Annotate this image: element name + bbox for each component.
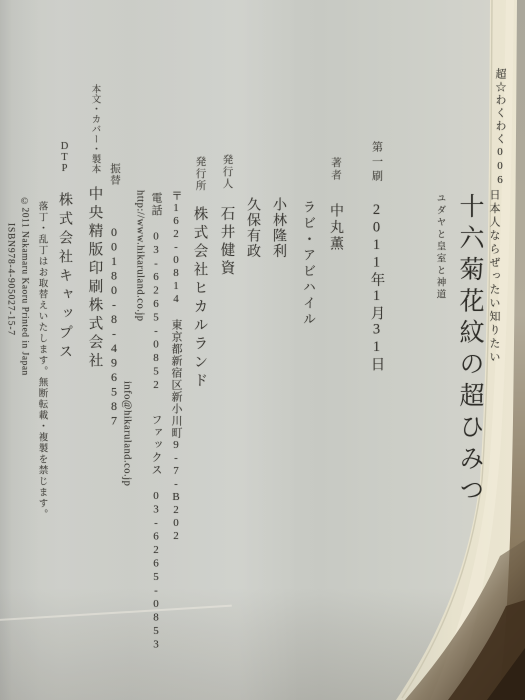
book-title: 十六菊花紋の超ひみつ	[457, 193, 482, 508]
issuer-label: 発行人	[222, 154, 233, 190]
disclaimer-text: 落丁・乱丁はお取替えいたします。無断転載・複製を禁じます。	[36, 201, 46, 520]
dtp-column: DTP 株式会社キャップス	[57, 141, 71, 363]
author-name-2: ラビ・アビハイル	[302, 200, 315, 328]
publisher-name: 株式会社ヒカルランド	[192, 206, 208, 391]
copyright-text: ©2011 Nakamaru Kaoru Printed in Japan	[19, 197, 29, 376]
isbn-text: ISBN978-4-905027-15-7	[5, 223, 15, 336]
issuer-name: 石井健資	[219, 206, 235, 278]
issuer-column: 発行人 石井健資	[219, 154, 234, 278]
author-name-4: 久保有政	[245, 197, 259, 259]
fax-number: ファックス 03-6265-0853	[150, 414, 162, 652]
edition-label: 第一刷	[371, 141, 383, 185]
phone-fax-column: 電話 03-6265-0852 ファックス 03-6265-0853	[150, 192, 161, 652]
printing-company: 中央精版印刷株式会社	[87, 186, 103, 371]
postal-transfer-column: 振替 00180-8-496587	[108, 163, 120, 428]
phone-number: 電話 03-6265-0852	[150, 192, 162, 393]
author-name-1: 中丸薫	[328, 203, 343, 253]
printing-column: 本文・カバー・製本 中央精版印刷株式会社	[87, 84, 102, 371]
book-tagline: 日本人ならぜったい知りたい	[488, 189, 499, 365]
colophon-text: 超☆わくわく006 日本人ならぜったい知りたい 十六菊花紋の超ひみつ ユダヤと皇…	[0, 0, 525, 700]
website-url: http://www.hikaruland.co.jp	[134, 190, 145, 322]
dtp-company: 株式会社キャップス	[57, 192, 72, 363]
edition-column: 第一刷 2011年1月31日	[369, 141, 384, 373]
postal-transfer-number: 00180-8-496587	[107, 225, 121, 428]
author-name-3: 小林隆利	[271, 197, 285, 259]
printing-label: 本文・カバー・製本	[90, 84, 100, 174]
edition-date: 2011年1月31日	[369, 202, 385, 373]
book-subtitle: ユダヤと皇室と神道	[434, 193, 444, 301]
dtp-label: DTP	[59, 141, 70, 174]
book-colophon-photo: 超☆わくわく006 日本人ならぜったい知りたい 十六菊花紋の超ひみつ ユダヤと皇…	[0, 0, 525, 700]
email-address: info@hikaruland.co.jp	[121, 381, 132, 486]
series-label: 超☆わくわく006	[494, 68, 505, 188]
publisher-label: 発行所	[195, 156, 206, 192]
authors-label: 著者	[330, 157, 341, 182]
author-column-1: 著者 中丸薫	[328, 157, 342, 252]
publisher-address: 〒162-0814 東京都新宿区新小川町9-7-B202	[170, 190, 181, 543]
postal-transfer-label: 振替	[109, 163, 120, 186]
publisher-column: 発行所 株式会社ヒカルランド	[192, 156, 207, 391]
